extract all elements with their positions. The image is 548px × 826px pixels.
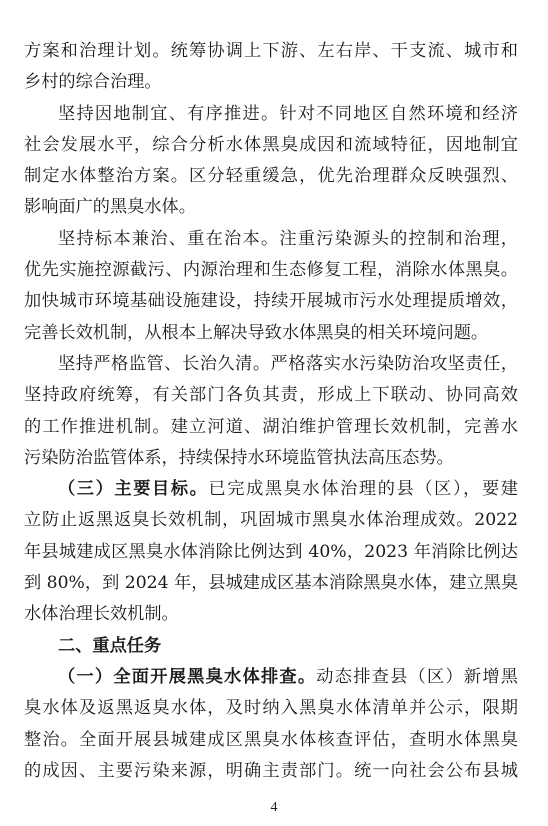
text-line: 年县城建成区黑臭水体消除比例达到 40%，2023 年消除比例达 bbox=[24, 537, 518, 568]
document-page: 方案和治理计划。统筹协调上下游、左右岸、干支流、城市和 乡村的综合治理。 坚持因… bbox=[24, 36, 518, 787]
text-line: 坚持政府统筹，有关部门各负其责，形成上下联动、协同高效 bbox=[24, 380, 518, 411]
text-line: 污染防治监管体系，持续保持水环境监管执法高压态势。 bbox=[24, 443, 518, 474]
text-line: 影响面广的黑臭水体。 bbox=[24, 192, 518, 223]
section-heading: 二、重点任务 bbox=[24, 631, 518, 662]
goals-text: 已完成黑臭水体治理的县（区），要建 bbox=[208, 479, 518, 499]
page-number: 4 bbox=[0, 800, 548, 816]
text-line: 乡村的综合治理。 bbox=[24, 67, 518, 98]
text-line: 的成因、主要污染来源，明确主责部门。统一向社会公布县城 bbox=[24, 756, 518, 787]
text-line: 到 80%，到 2024 年，县城建成区基本消除黑臭水体，建立黑臭 bbox=[24, 568, 518, 599]
text-line: 完善长效机制，从根本上解决导致水体黑臭的相关环境问题。 bbox=[24, 318, 518, 349]
task1-text: 动态排查县（区）新增黑 bbox=[316, 667, 518, 687]
task1-paragraph-start: （一）全面开展黑臭水体排查。动态排查县（区）新增黑 bbox=[24, 662, 518, 693]
paragraph-start: 坚持因地制宜、有序推进。针对不同地区自然环境和经济 bbox=[24, 99, 518, 130]
text-line: 臭水体及返黑返臭水体，及时纳入黑臭水体清单并公示，限期 bbox=[24, 693, 518, 724]
text-line: 制定水体整治方案。区分轻重缓急，优先治理群众反映强烈、 bbox=[24, 161, 518, 192]
paragraph-start: 坚持严格监管、长治久清。严格落实水污染防治攻坚责任， bbox=[24, 349, 518, 380]
goals-heading: （三）主要目标。 bbox=[58, 479, 208, 499]
text-line: 方案和治理计划。统筹协调上下游、左右岸、干支流、城市和 bbox=[24, 36, 518, 67]
text-line: 立防止返黑返臭长效机制，巩固城市黑臭水体治理成效。2022 bbox=[24, 505, 518, 536]
goals-paragraph-start: （三）主要目标。已完成黑臭水体治理的县（区），要建 bbox=[24, 474, 518, 505]
text-line: 社会发展水平，综合分析水体黑臭成因和流域特征，因地制宜 bbox=[24, 130, 518, 161]
task1-heading: （一）全面开展黑臭水体排查。 bbox=[58, 667, 316, 687]
text-line: 优先实施控源截污、内源治理和生态修复工程，消除水体黑臭。 bbox=[24, 255, 518, 286]
text-line: 加快城市环境基础设施建设，持续开展城市污水处理提质增效， bbox=[24, 286, 518, 317]
text-line: 的工作推进机制。建立河道、湖泊维护管理长效机制，完善水 bbox=[24, 412, 518, 443]
paragraph-start: 坚持标本兼治、重在治本。注重污染源头的控制和治理， bbox=[24, 224, 518, 255]
text-line: 整治。全面开展县城建成区黑臭水体核查评估，查明水体黑臭 bbox=[24, 725, 518, 756]
text-line: 水体治理长效机制。 bbox=[24, 599, 518, 630]
